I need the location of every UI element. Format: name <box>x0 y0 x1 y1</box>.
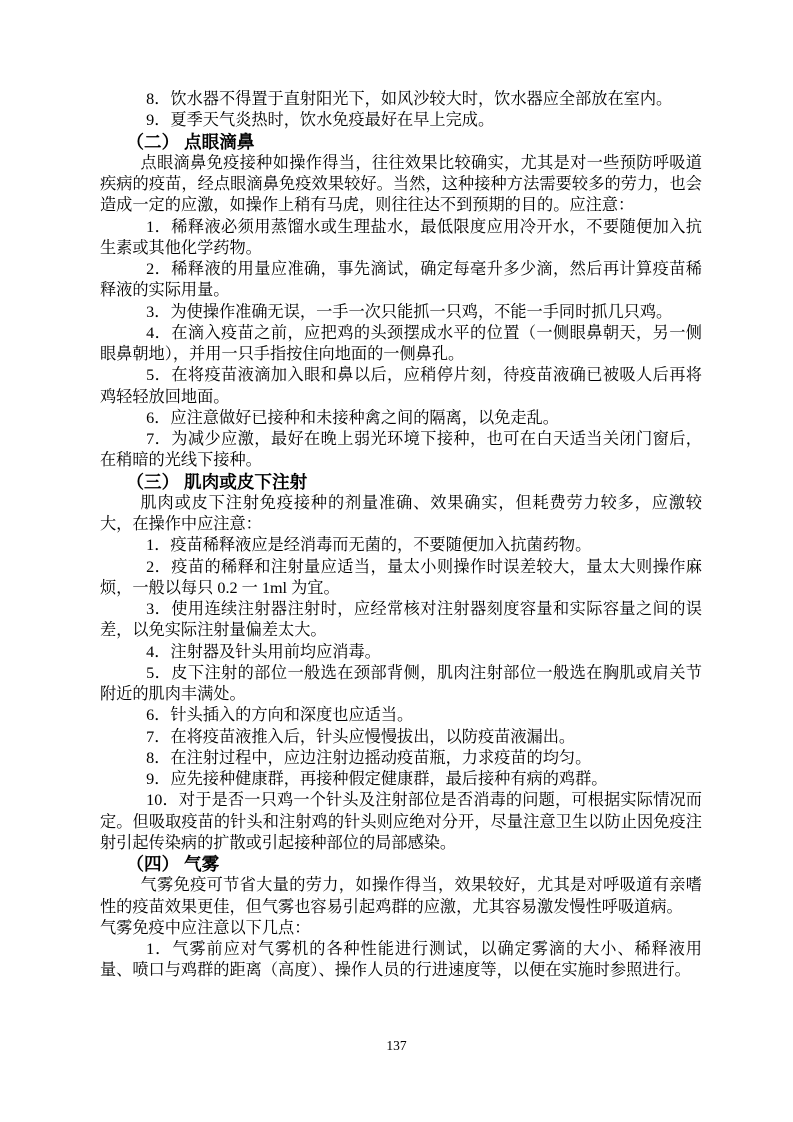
list-item: 4．在滴入疫苗之前，应把鸡的头颈摆成水平的位置（一侧眼鼻朝天，另一侧眼鼻朝地），… <box>100 323 702 366</box>
list-item: 9．应先接种健康群，再接种假定健康群，最后接种有病的鸡群。 <box>100 769 702 790</box>
list-item: 3．为使操作准确无误，一手一次只能抓一只鸡，不能一手同时抓几只鸡。 <box>100 302 702 323</box>
list-item: 5．在将疫苗液滴加入眼和鼻以后，应稍停片刻，待疫苗液确已被吸人后再将鸡轻轻放回地… <box>100 365 702 408</box>
list-item: 7．为减少应激，最好在晚上弱光环境下接种，也可在白天适当关闭门窗后，在稍暗的光线… <box>100 429 702 472</box>
paragraph: 气雾免疫可节省大量的劳力，如操作得当，效果较好，尤其是对呼吸道有亲嗜性的疫苗效果… <box>100 875 702 918</box>
page-number: 137 <box>0 1038 793 1054</box>
list-item: 8．在注射过程中，应边注射边摇动疫苗瓶，力求疫苗的均匀。 <box>100 748 702 769</box>
paragraph: 气雾免疫中应注意以下几点： <box>100 918 702 939</box>
list-item: 10．对于是否一只鸡一个针头及注射部位是否消毒的问题，可根据实际情况而定。但吸取… <box>100 790 702 854</box>
paragraph: 点眼滴鼻免疫接种如操作得当，往往效果比较确实，尤其是对一些预防呼吸道疾病的疫苗，… <box>100 153 702 217</box>
list-item: 8．饮水器不得置于直射阳光下，如风沙较大时，饮水器应全部放在室内。 <box>100 89 702 110</box>
text-block: 8．饮水器不得置于直射阳光下，如风沙较大时，饮水器应全部放在室内。9．夏季天气炎… <box>100 89 702 982</box>
list-item: 6．针头插入的方向和深度也应适当。 <box>100 705 702 726</box>
section-heading: （二） 点眼滴鼻 <box>100 132 702 153</box>
paragraph: 肌肉或皮下注射免疫接种的剂量准确、效果确实，但耗费劳力较多，应激较大，在操作中应… <box>100 493 702 536</box>
list-item: 2．疫苗的稀释和注射量应适当，量太小则操作时误差较大，量太大则操作麻烦，一般以每… <box>100 557 702 600</box>
list-item: 7．在将疫苗液推入后，针头应慢慢拔出，以防疫苗液漏出。 <box>100 727 702 748</box>
list-item: 3．使用连续注射器注射时，应经常核对注射器刻度容量和实际容量之间的误差，以免实际… <box>100 599 702 642</box>
list-item: 1．气雾前应对气雾机的各种性能进行测试，以确定雾滴的大小、稀释液用量、喷口与鸡群… <box>100 939 702 982</box>
list-item: 6．应注意做好已接种和未接种禽之间的隔离，以免走乱。 <box>100 408 702 429</box>
document-page: 8．饮水器不得置于直射阳光下，如风沙较大时，饮水器应全部放在室内。9．夏季天气炎… <box>0 0 793 1122</box>
list-item: 9．夏季天气炎热时，饮水免疫最好在早上完成。 <box>100 110 702 131</box>
list-item: 5．皮下注射的部位一般选在颈部背侧，肌肉注射部位一般选在胸肌或肩关节附近的肌肉丰… <box>100 663 702 706</box>
section-heading: （四） 气雾 <box>100 854 702 875</box>
section-heading: （三） 肌肉或皮下注射 <box>100 472 702 493</box>
list-item: 1．稀释液必须用蒸馏水或生理盐水，最低限度应用冷开水，不要随便加入抗生素或其他化… <box>100 217 702 260</box>
list-item: 2．稀释液的用量应准确，事先滴试，确定每毫升多少滴，然后再计算疫苗稀释液的实际用… <box>100 259 702 302</box>
list-item: 4．注射器及针头用前均应消毒。 <box>100 642 702 663</box>
list-item: 1．疫苗稀释液应是经消毒而无菌的，不要随便加入抗菌药物。 <box>100 535 702 556</box>
